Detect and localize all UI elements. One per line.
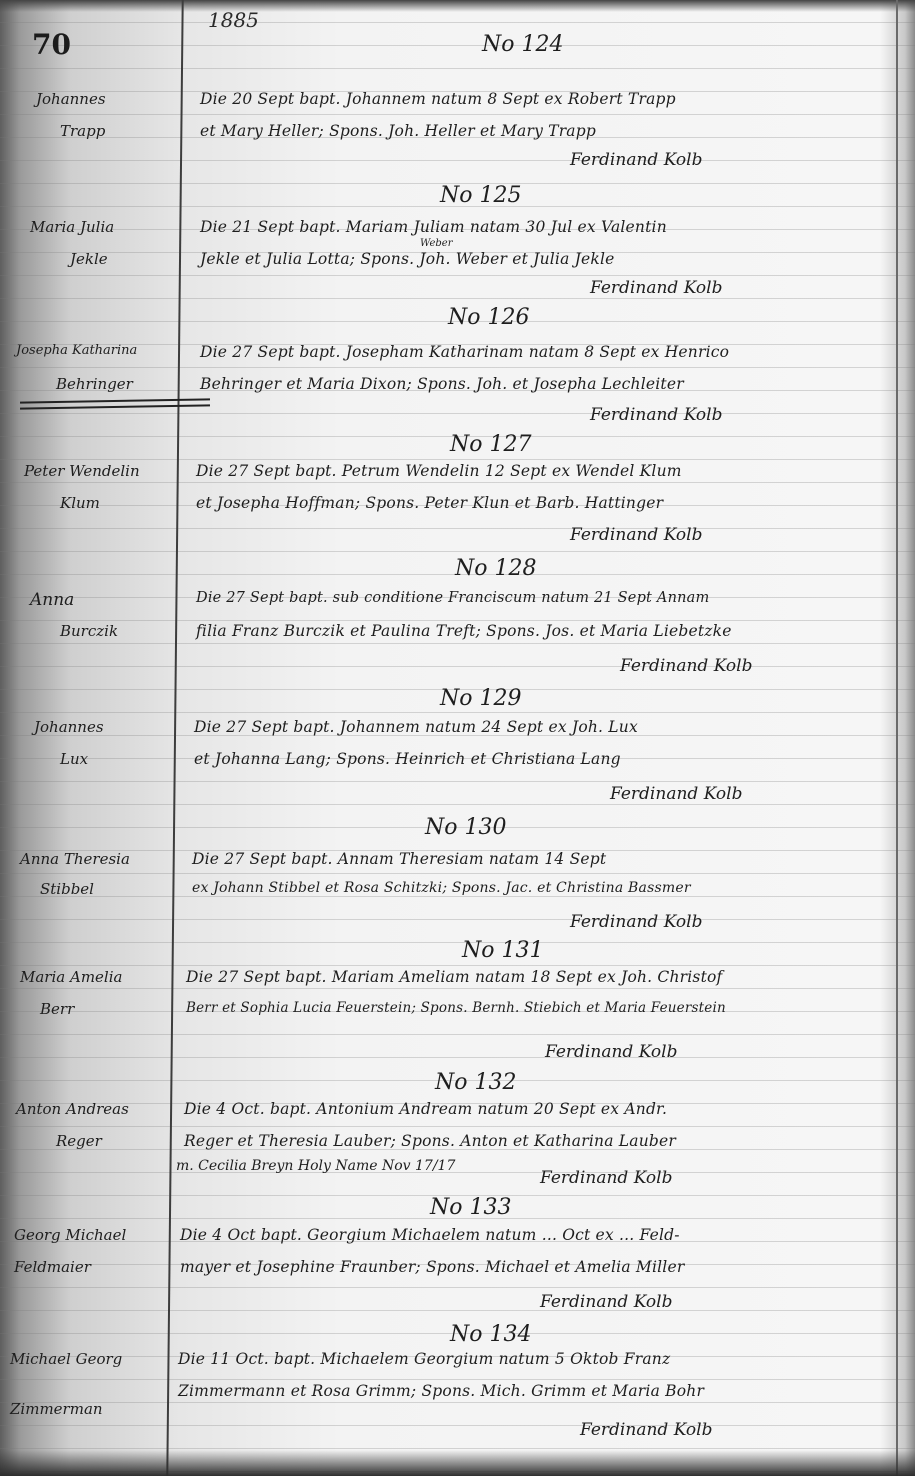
margin-name-first: Johannes: [34, 718, 104, 736]
margin-name-last: Reger: [56, 1132, 102, 1150]
margin-name-first: Peter Wendelin: [24, 462, 140, 480]
margin-name-last: Jekle: [70, 250, 108, 268]
margin-name-last: Stibbel: [40, 880, 94, 898]
entry-line: Die 27 Sept bapt. Petrum Wendelin 12 Sep…: [196, 462, 682, 480]
margin-name-last: Trapp: [60, 122, 105, 140]
year-heading: 1885: [208, 8, 259, 32]
scan-shadow-bottom: [0, 1450, 915, 1476]
priest-signature: Ferdinand Kolb: [570, 150, 703, 170]
entry-line: et Johanna Lang; Spons. Heinrich et Chri…: [194, 750, 621, 768]
entry-line: Die 27 Sept bapt. Josepham Katharinam na…: [200, 343, 729, 361]
entry-number: No 133: [430, 1195, 511, 1220]
entry-number: No 127: [450, 432, 531, 457]
margin-name-first: Maria Amelia: [20, 968, 122, 986]
interlinear-correction: Weber: [420, 238, 452, 249]
margin-name-last: Klum: [60, 494, 100, 512]
entry-number: No 124: [482, 32, 563, 57]
margin-name-last: Lux: [60, 750, 88, 768]
priest-signature: Ferdinand Kolb: [580, 1420, 713, 1440]
margin-name-last: Berr: [40, 1000, 74, 1018]
margin-name-first: Anna: [30, 590, 74, 610]
entry-line: Die 21 Sept bapt. Mariam Juliam natam 30…: [200, 218, 667, 236]
margin-name-first: Anton Andreas: [16, 1100, 129, 1118]
entry-line: Die 11 Oct. bapt. Michaelem Georgium nat…: [178, 1350, 670, 1368]
entry-line: et Josepha Hoffman; Spons. Peter Klun et…: [196, 494, 663, 512]
entry-number: No 129: [440, 686, 521, 711]
priest-signature: Ferdinand Kolb: [540, 1168, 673, 1188]
entry-line: Berr et Sophia Lucia Feuerstein; Spons. …: [186, 1000, 726, 1016]
margin-name-last: Zimmerman: [10, 1400, 103, 1418]
priest-signature: Ferdinand Kolb: [540, 1292, 673, 1312]
margin-name-first: Anna Theresia: [20, 850, 130, 868]
priest-signature: Ferdinand Kolb: [545, 1042, 678, 1062]
entry-line: Die 4 Oct bapt. Georgium Michaelem natum…: [180, 1226, 680, 1244]
entry-line: Die 4 Oct. bapt. Antonium Andream natum …: [184, 1100, 667, 1118]
priest-signature: Ferdinand Kolb: [620, 656, 753, 676]
entry-line: et Mary Heller; Spons. Joh. Heller et Ma…: [200, 122, 596, 140]
margin-name-first: Josepha Katharina: [16, 343, 137, 358]
priest-signature: Ferdinand Kolb: [570, 525, 703, 545]
entry-line: Die 27 Sept bapt. Johannem natum 24 Sept…: [194, 718, 638, 736]
entry-line: Die 27 Sept bapt. Annam Theresiam natam …: [192, 850, 606, 868]
marriage-annotation: m. Cecilia Breyn Holy Name Nov 17/17: [176, 1158, 455, 1174]
margin-name-first: Georg Michael: [14, 1226, 126, 1244]
entry-number: No 130: [425, 815, 506, 840]
entry-line: Die 27 Sept bapt. sub conditione Francis…: [196, 590, 709, 606]
entry-number: No 125: [440, 183, 521, 208]
entry-number: No 134: [450, 1322, 531, 1347]
entry-line: mayer et Josephine Fraunber; Spons. Mich…: [180, 1258, 684, 1276]
margin-name-last: Behringer: [56, 375, 133, 393]
priest-signature: Ferdinand Kolb: [570, 912, 703, 932]
double-underline-mark: [20, 398, 210, 403]
margin-rule-line: [166, 0, 183, 1476]
margin-name-first: Maria Julia: [30, 218, 114, 236]
margin-name-first: Michael Georg: [10, 1350, 122, 1368]
entry-line: Jekle et Julia Lotta; Spons. Joh. Weber …: [200, 250, 615, 268]
entry-line: Zimmermann et Rosa Grimm; Spons. Mich. G…: [178, 1382, 704, 1400]
entry-number: No 128: [455, 556, 536, 581]
priest-signature: Ferdinand Kolb: [610, 784, 743, 804]
right-edge-rule-line: [896, 0, 898, 1476]
entry-line: ex Johann Stibbel et Rosa Schitzki; Spon…: [192, 880, 691, 896]
entry-line: Die 27 Sept bapt. Mariam Ameliam natam 1…: [186, 968, 722, 986]
entry-line: filia Franz Burczik et Paulina Treft; Sp…: [196, 622, 732, 640]
register-page: 70 1885 No 124 Johannes Trapp Die 20 Sep…: [0, 0, 915, 1476]
margin-name-first: Johannes: [36, 90, 106, 108]
entry-number: No 126: [448, 305, 529, 330]
entry-line: Reger et Theresia Lauber; Spons. Anton e…: [184, 1132, 676, 1150]
margin-name-last: Burczik: [60, 622, 118, 640]
scan-shadow-top: [0, 0, 915, 12]
entry-line: Behringer et Maria Dixon; Spons. Joh. et…: [200, 375, 684, 393]
page-number: 70: [32, 28, 71, 61]
entry-line: Die 20 Sept bapt. Johannem natum 8 Sept …: [200, 90, 676, 108]
entry-number: No 131: [462, 938, 543, 963]
priest-signature: Ferdinand Kolb: [590, 278, 723, 298]
entry-number: No 132: [435, 1070, 516, 1095]
priest-signature: Ferdinand Kolb: [590, 405, 723, 425]
margin-name-last: Feldmaier: [14, 1258, 91, 1276]
double-underline-mark: [20, 404, 210, 409]
